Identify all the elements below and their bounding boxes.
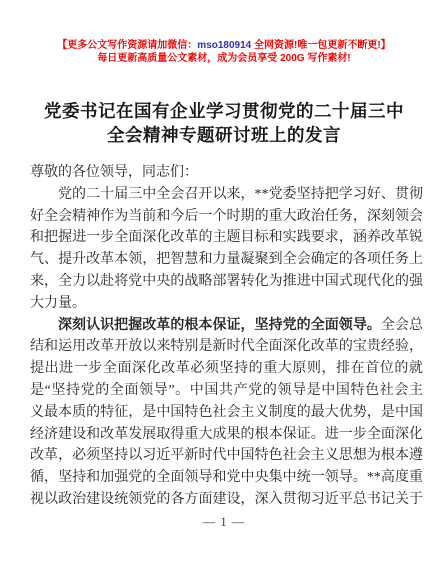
body-line-text: 全会总 [381,318,423,333]
promo-banner-line1: 【更多公文写作资源请加微信：mso180914 全网资源!唯一包更新不断更!】 [0,39,448,52]
body-line-text: 是“坚持党的全面领导”。中国共产党的领导是中国特色社会主 [30,383,423,398]
promo-banner-line2: 每日更新高质量公文素材，成为会员享受 200G 写作素材! [0,52,448,65]
paragraph-lead-bold: 深刻认识把握改革的根本保证，坚持党的全面领导。 [58,318,381,333]
promo-banner-line1-suffix: 全网资源!唯一包更新不断更!】 [251,40,390,51]
body-line: 党的二十届三中全会召开以来，**党委坚持把学习好、贯彻 [30,184,423,206]
body-line-text: 大力量。 [30,296,86,311]
body-line-text: 改革，必须坚持以习近平新时代中国特色社会主义思想为根本遵 [30,448,423,463]
body-line: 提出进一步全面深化改革必须坚持的重大原则，排在首位的就 [30,358,423,380]
body-line: 和把握进一步全面深化改革的主题目标和实践要求，涵养改革锐 [30,227,423,249]
body-line: 经济建设和改革发展取得重大成果的根本保证。进一步全面深化 [30,424,423,446]
body-line: 尊敬的各位领导，同志们： [30,162,423,184]
body-line: 结和运用改革开放以来特别是新时代全面深化改革的宝贵经验， [30,336,423,358]
body-line-text: 经济建设和改革发展取得重大成果的根本保证。进一步全面深化 [30,427,423,442]
document-title-line1: 党委书记在国有企业学习贯彻党的二十届三中 [14,99,434,123]
body-line-text: 义最本质的特征，是中国特色社会主义制度的最大优势，是中国 [30,405,423,420]
body-line-text: 党的二十届三中全会召开以来，**党委坚持把学习好、贯彻 [58,187,423,202]
wechat-id: mso180914 [197,40,251,51]
body-line: 好全会精神作为当前和今后一个时期的重大政治任务，深刻领会 [30,206,423,228]
body-line-text: 尊敬的各位领导，同志们： [30,165,198,180]
promo-banner: 【更多公文写作资源请加微信：mso180914 全网资源!唯一包更新不断更!】 … [0,39,448,65]
body-line-text: 来，全力以赴将党中央的战略部署转化为推进中国式现代化的强 [30,274,423,289]
page-number: — 1 — [0,514,448,530]
body-line-text: 气、提升改革本领，把智慧和力量凝聚到全会确定的各项任务上 [30,252,423,267]
body-line-text: 视以政治建设统领党的各方面建设，深入贯彻习近平总书记关于 [30,492,423,507]
document-title: 党委书记在国有企业学习贯彻党的二十届三中 全会精神专题研讨班上的发言 [14,99,434,147]
document-body: 尊敬的各位领导，同志们：党的二十届三中全会召开以来，**党委坚持把学习好、贯彻好… [30,162,423,511]
body-line: 大力量。 [30,293,423,315]
body-line: 深刻认识把握改革的根本保证，坚持党的全面领导。全会总 [30,315,423,337]
body-line-text: 结和运用改革开放以来特别是新时代全面深化改革的宝贵经验， [30,339,423,354]
body-line: 视以政治建设统领党的各方面建设，深入贯彻习近平总书记关于 [30,489,423,511]
body-line: 是“坚持党的全面领导”。中国共产党的领导是中国特色社会主 [30,380,423,402]
body-line: 改革，必须坚持以习近平新时代中国特色社会主义思想为根本遵 [30,445,423,467]
document-page: 【更多公文写作资源请加微信：mso180914 全网资源!唯一包更新不断更!】 … [0,0,448,580]
body-line: 来，全力以赴将党中央的战略部署转化为推进中国式现代化的强 [30,271,423,293]
promo-banner-line1-prefix: 【更多公文写作资源请加微信： [57,40,197,51]
body-line: 气、提升改革本领，把智慧和力量凝聚到全会确定的各项任务上 [30,249,423,271]
body-line-text: 提出进一步全面深化改革必须坚持的重大原则，排在首位的就 [30,361,423,376]
body-line-text: 好全会精神作为当前和今后一个时期的重大政治任务，深刻领会 [30,209,423,224]
body-line: 义最本质的特征，是中国特色社会主义制度的最大优势，是中国 [30,402,423,424]
body-line-text: 循，坚持和加强党的全面领导和党中央集中统一领导。**高度重 [30,470,423,485]
body-line: 循，坚持和加强党的全面领导和党中央集中统一领导。**高度重 [30,467,423,489]
body-line-text: 和把握进一步全面深化改革的主题目标和实践要求，涵养改革锐 [30,230,423,245]
document-title-line2: 全会精神专题研讨班上的发言 [14,123,434,147]
